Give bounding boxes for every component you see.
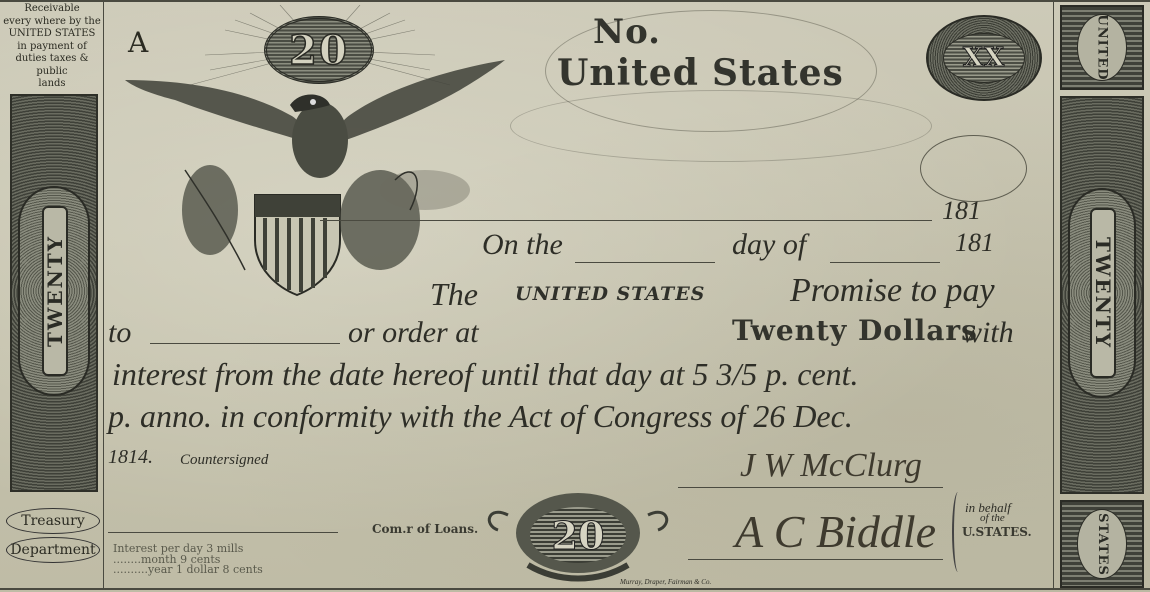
right-ornamental-panel: TWENTY	[1060, 96, 1144, 494]
interest-line: interest from the date hereof until that…	[112, 356, 859, 393]
signature-line-lower	[688, 559, 943, 560]
the-text: The	[430, 276, 478, 313]
svg-text:20: 20	[552, 513, 605, 558]
receivable-line: duties taxes & public	[2, 53, 102, 78]
year-suffix: 181	[955, 228, 994, 258]
cornucopia-vignette-icon: 20	[478, 485, 678, 585]
payee-blank	[150, 343, 340, 344]
of-the-text: of the	[980, 512, 1005, 524]
signature-line-upper	[678, 487, 943, 488]
on-the-text: On the	[482, 228, 563, 262]
date-suffix: 181	[942, 196, 981, 226]
receivable-line: lands	[2, 78, 102, 91]
right-top-oval: UNITED	[1077, 14, 1127, 81]
countersigned-label: Countersigned	[180, 452, 268, 469]
date-blank	[320, 220, 932, 221]
treasury-department-seal: Treasury Department	[6, 508, 100, 563]
signature-upper: J W McClurg	[740, 447, 922, 485]
conformity-line: p. anno. in conformity with the Act of C…	[108, 398, 853, 435]
roman-numeral: XX	[963, 43, 1005, 73]
commissioner-label: Com.r of Loans.	[372, 522, 478, 536]
right-top-word: UNITED	[1095, 14, 1110, 80]
month-blank	[830, 262, 940, 263]
title-states: States	[712, 52, 844, 94]
eagle-shield-icon	[115, 60, 515, 305]
right-bottom-word: STATES	[1095, 513, 1110, 576]
receivable-line: in payment of	[2, 41, 102, 54]
number-label: No.	[593, 12, 661, 52]
act-year: 1814.	[108, 446, 153, 469]
receivable-line: UNITED STATES	[2, 28, 102, 41]
left-panel-word-box: TWENTY	[42, 206, 68, 376]
interest-per-year: ..........year 1 dollar 8 cents	[113, 565, 263, 576]
title-flourish	[510, 90, 932, 162]
engraver-imprint: Murray, Draper, Fairman & Co.	[620, 578, 711, 586]
right-bottom-panel: STATES	[1060, 500, 1144, 588]
united-states-text: UNITED STATES	[515, 283, 705, 305]
or-order-at-text: or order at	[348, 316, 479, 350]
receivable-line: Receivable	[2, 3, 102, 16]
receivable-notice: Receivable every where by the UNITED STA…	[2, 3, 102, 91]
signature-lower: A C Biddle	[735, 505, 936, 558]
promise-to-pay-text: Promise to pay	[790, 272, 995, 310]
us-label: U.STATES.	[962, 525, 1032, 539]
day-of-text: day of	[732, 228, 806, 262]
roman-denomination-inner: XX	[943, 33, 1026, 83]
plate-letter: A	[128, 26, 148, 59]
top-border	[0, 0, 1150, 2]
right-top-panel: UNITED	[1060, 5, 1144, 90]
roman-denomination-oval: XX	[926, 15, 1042, 101]
countersign-blank	[108, 532, 338, 533]
date-flourish	[920, 135, 1027, 202]
with-text: with	[962, 316, 1014, 350]
right-bottom-oval: STATES	[1077, 509, 1127, 578]
amount-text: Twenty Dollars	[732, 314, 978, 347]
treasury-note: Receivable every where by the UNITED STA…	[0, 0, 1150, 592]
left-panel-word: TWENTY	[43, 235, 67, 347]
right-inner-border	[1053, 0, 1054, 590]
right-panel-word: TWENTY	[1091, 237, 1115, 349]
title-united: United	[557, 52, 699, 94]
left-ornamental-panel: TWENTY	[10, 94, 98, 492]
day-blank	[575, 262, 715, 263]
to-text: to	[108, 316, 131, 350]
department-label: Department	[6, 537, 100, 563]
receivable-line: every where by the	[2, 16, 102, 29]
right-panel-word-box: TWENTY	[1090, 208, 1116, 378]
left-inner-border	[103, 0, 104, 590]
treasury-label: Treasury	[6, 508, 100, 534]
bottom-border	[0, 588, 1150, 590]
interest-table: Interest per day 3 mills ........month 9…	[113, 544, 263, 576]
